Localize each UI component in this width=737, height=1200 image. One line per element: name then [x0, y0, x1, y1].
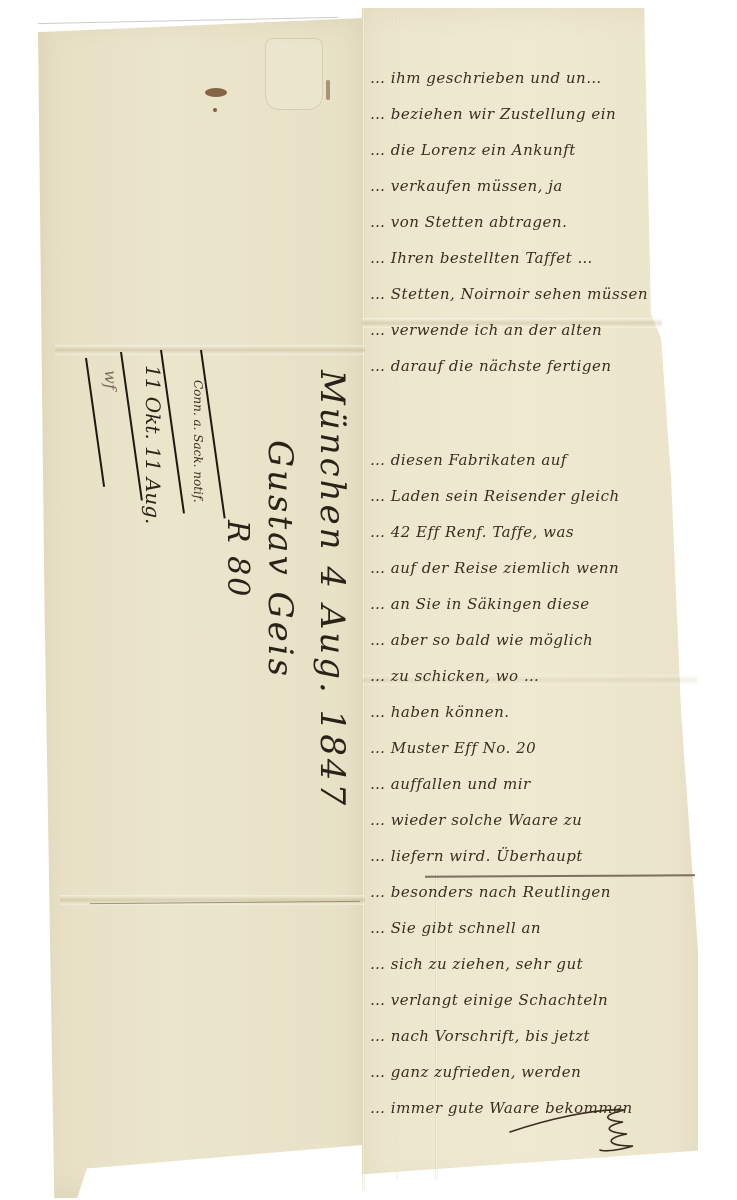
letter-line: … nach Vorschrift, bis jetzt [370, 1018, 695, 1054]
letter-line: … 42 Eff Renf. Taffe, was [370, 514, 695, 550]
ink-stain [205, 88, 227, 97]
docket-date: 11 Okt. 11 Aug. [141, 365, 165, 524]
paragraph-gap [370, 384, 695, 442]
ink-stain [326, 80, 330, 100]
letter-line: … auf der Reise ziemlich wenn [370, 550, 695, 586]
signature-flourish-icon [505, 1100, 645, 1160]
letter-line: … besonders nach Reutlingen [370, 874, 695, 910]
letter-line: … Laden sein Reisender gleich [370, 478, 695, 514]
horizontal-fold [55, 345, 365, 355]
letter-line: … Ihren bestellten Taffet … [370, 240, 695, 276]
letter-line: … darauf die nächste fertigen [370, 348, 695, 384]
letter-line: … liefern wird. Überhaupt [370, 838, 695, 874]
letter-line: … verkaufen müssen, ja [370, 168, 695, 204]
letter-line: … verwende ich an der alten [370, 312, 695, 348]
docket-mark: wf [101, 370, 120, 390]
letter-line: … von Stetten abtragen. [370, 204, 695, 240]
letter-line: … aber so bald wie möglich [370, 622, 695, 658]
letter-line: … ganz zufrieden, werden [370, 1054, 695, 1090]
place-date: München 4 Aug. 1847 [312, 370, 352, 808]
letter-line: … auffallen und mir [370, 766, 695, 802]
ink-stain [213, 108, 217, 112]
letter-line: … zu schicken, wo … [370, 658, 695, 694]
letter-line: … die Lorenz ein Ankunft [370, 132, 695, 168]
letter-line: … beziehen wir Zustellung ein [370, 96, 695, 132]
embossed-seal-mark [265, 38, 323, 110]
reference-number: R 80 [220, 520, 255, 598]
docket-note: Conn. a. Sack. notif. [191, 380, 205, 503]
letter-line: … verlangt einige Schachteln [370, 982, 695, 1018]
recipient-name: Gustav Geis [260, 440, 300, 679]
letter-body: … ihm geschrieben und un… … beziehen wir… [370, 60, 695, 1126]
letter-line: … an Sie in Säkingen diese [370, 586, 695, 622]
letter-line: … sich zu ziehen, sehr gut [370, 946, 695, 982]
letter-line: … Sie gibt schnell an [370, 910, 695, 946]
letter-line: … diesen Fabrikaten auf [370, 442, 695, 478]
letter-line: … ihm geschrieben und un… [370, 60, 695, 96]
letter-line: … wieder solche Waare zu [370, 802, 695, 838]
letter-line: … haben können. [370, 694, 695, 730]
letter-line: … Muster Eff No. 20 [370, 730, 695, 766]
vertical-fold [362, 10, 365, 1190]
letter-line: … Stetten, Noirnoir sehen müssen [370, 276, 695, 312]
